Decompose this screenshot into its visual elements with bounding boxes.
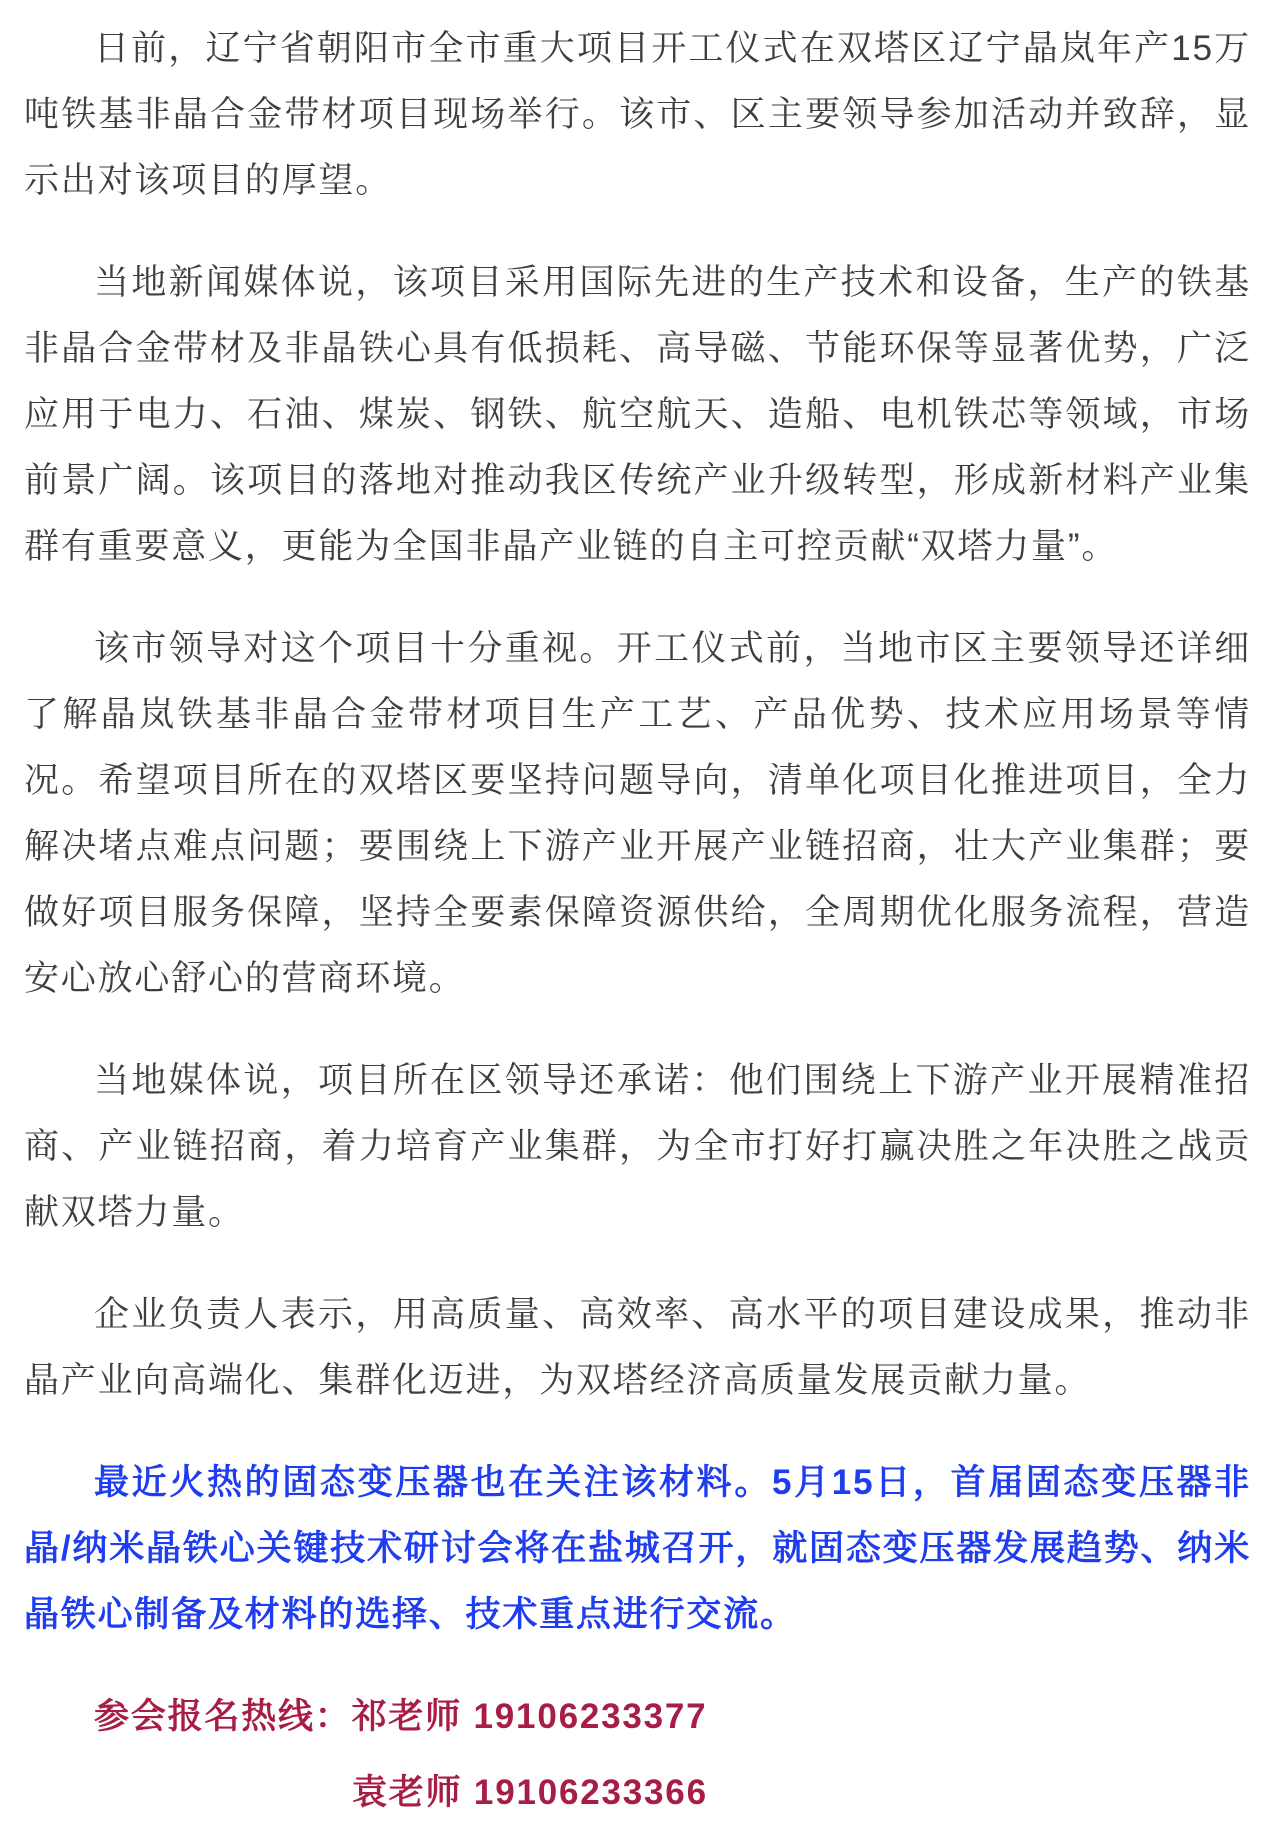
hotline-line-1: 参会报名热线：祁老师 19106233377 — [24, 1684, 1251, 1750]
paragraph-district-promise: 当地媒体说，项目所在区领导还承诺：他们围绕上下游产业开展精准招商、产业链招商，着… — [24, 1048, 1251, 1246]
hotline-line-2: 袁老师 19106233366 — [24, 1760, 1251, 1826]
paragraph-city-leaders: 该市领导对这个项目十分重视。开工仪式前，当地市区主要领导还详细了解晶岚铁基非晶合… — [24, 616, 1251, 1012]
article-body: 日前，辽宁省朝阳市全市重大项目开工仪式在双塔区辽宁晶岚年产15万吨铁基非晶合金带… — [0, 0, 1275, 1826]
paragraph-enterprise: 企业负责人表示，用高质量、高效率、高水平的项目建设成果，推动非晶产业向高端化、集… — [24, 1282, 1251, 1414]
paragraph-event-highlight: 最近火热的固态变压器也在关注该材料。5月15日，首届固态变压器非晶/纳米晶铁心关… — [24, 1450, 1251, 1648]
paragraph-intro: 日前，辽宁省朝阳市全市重大项目开工仪式在双塔区辽宁晶岚年产15万吨铁基非晶合金带… — [24, 16, 1251, 214]
paragraph-media-report: 当地新闻媒体说，该项目采用国际先进的生产技术和设备，生产的铁基非晶合金带材及非晶… — [24, 250, 1251, 580]
